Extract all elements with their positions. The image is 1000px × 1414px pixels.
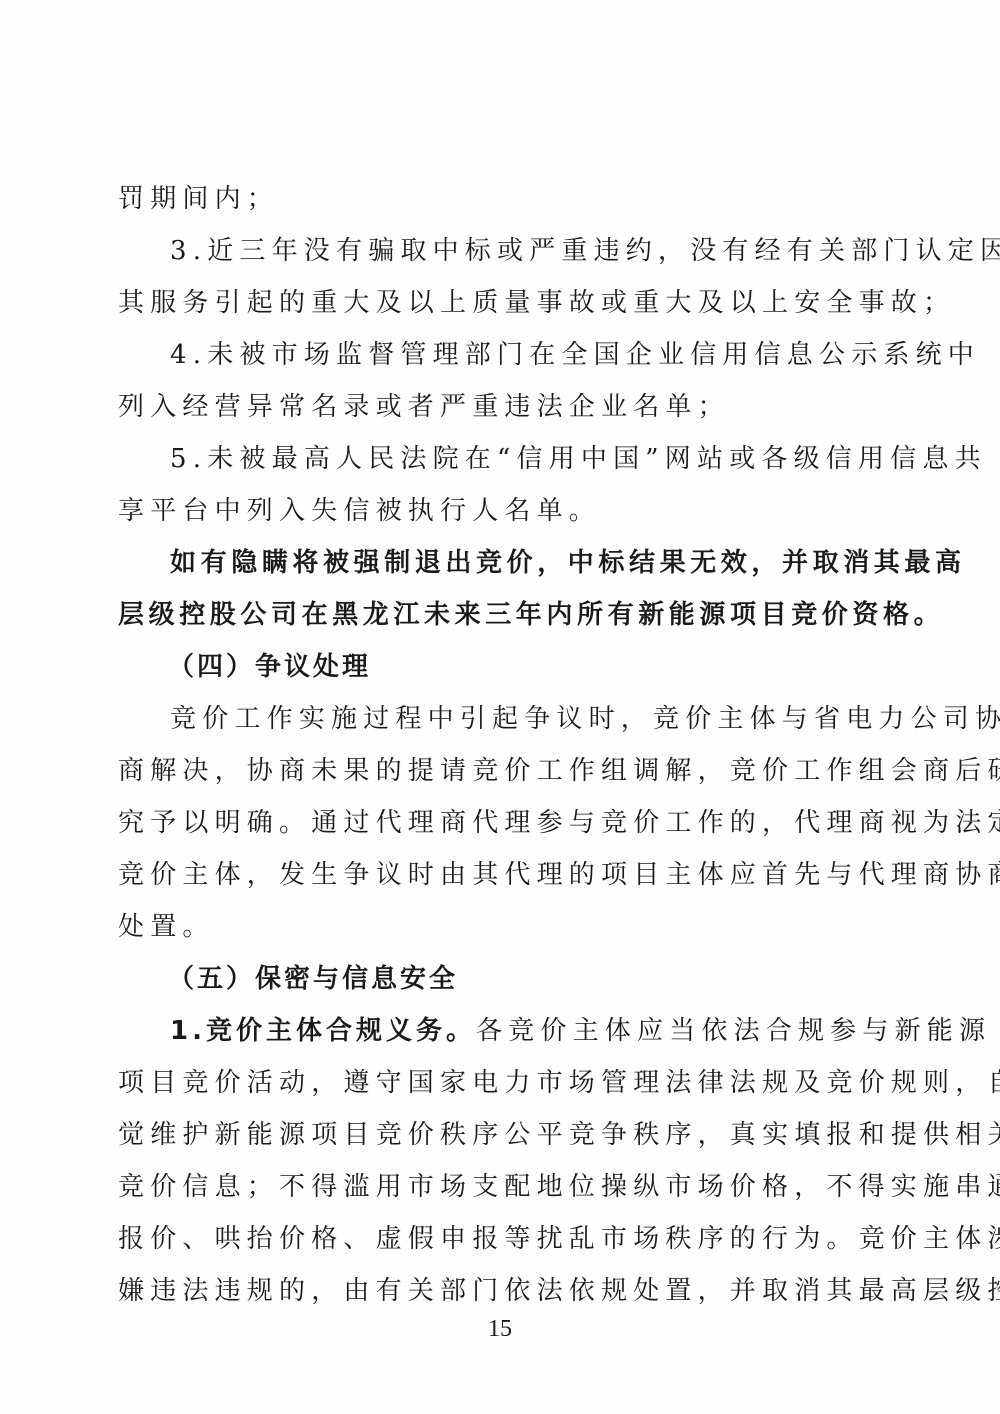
paragraph-line: 报价、哄抬价格、虚假申报等扰乱市场秩序的行为。竞价主体涉 xyxy=(118,1222,878,1256)
paragraph-line: 嫌违法违规的，由有关部门依法依规处置，并取消其最高层级控 xyxy=(118,1274,878,1308)
document-page: 罚期间内； 3.近三年没有骗取中标或严重违约，没有经有关部门认定因 其服务引起的… xyxy=(0,0,1000,1414)
paragraph-line: 罚期间内； xyxy=(118,182,878,216)
paragraph-line: 1.竞价主体合规义务。各竞价主体应当依法合规参与新能源 xyxy=(170,1014,878,1048)
list-item-5: 5.未被最高人民法院在“信用中国”网站或各级信用信息共 xyxy=(170,442,878,476)
bold-warning-line: 层级控股公司在黑龙江未来三年内所有新能源项目竞价资格。 xyxy=(118,598,878,632)
bold-warning-line: 如有隐瞒将被强制退出竞价，中标结果无效，并取消其最高 xyxy=(170,546,878,580)
item-lead-title: 1.竞价主体合规义务。 xyxy=(170,1016,476,1046)
section-heading-confidentiality: （五）保密与信息安全 xyxy=(168,962,928,996)
paragraph-line: 商解决，协商未果的提请竞价工作组调解，竞价工作组会商后研 xyxy=(118,754,878,788)
paragraph-line: 列入经营异常名录或者严重违法企业名单； xyxy=(118,390,878,424)
paragraph-line: 竞价主体，发生争议时由其代理的项目主体应首先与代理商协商 xyxy=(118,858,878,892)
item-lead-text: 各竞价主体应当依法合规参与新能源 xyxy=(476,1016,991,1046)
paragraph-line: 享平台中列入失信被执行人名单。 xyxy=(118,494,878,528)
paragraph-line: 其服务引起的重大及以上质量事故或重大及以上安全事故； xyxy=(118,286,878,320)
paragraph-line: 觉维护新能源项目竞价秩序公平竞争秩序，真实填报和提供相关 xyxy=(118,1118,878,1152)
list-item-3: 3.近三年没有骗取中标或严重违约，没有经有关部门认定因 xyxy=(170,234,878,268)
paragraph-line: 竞价信息；不得滥用市场支配地位操纵市场价格，不得实施串通 xyxy=(118,1170,878,1204)
paragraph-line: 项目竞价活动，遵守国家电力市场管理法律法规及竞价规则，自 xyxy=(118,1066,878,1100)
paragraph-line: 竞价工作实施过程中引起争议时，竞价主体与省电力公司协 xyxy=(170,702,878,736)
list-item-4: 4.未被市场监督管理部门在全国企业信用信息公示系统中 xyxy=(170,338,878,372)
section-heading-dispute: （四）争议处理 xyxy=(168,650,928,684)
page-number: 15 xyxy=(0,1316,1000,1343)
paragraph-line: 处置。 xyxy=(118,910,878,944)
paragraph-line: 究予以明确。通过代理商代理参与竞价工作的，代理商视为法定 xyxy=(118,806,878,840)
